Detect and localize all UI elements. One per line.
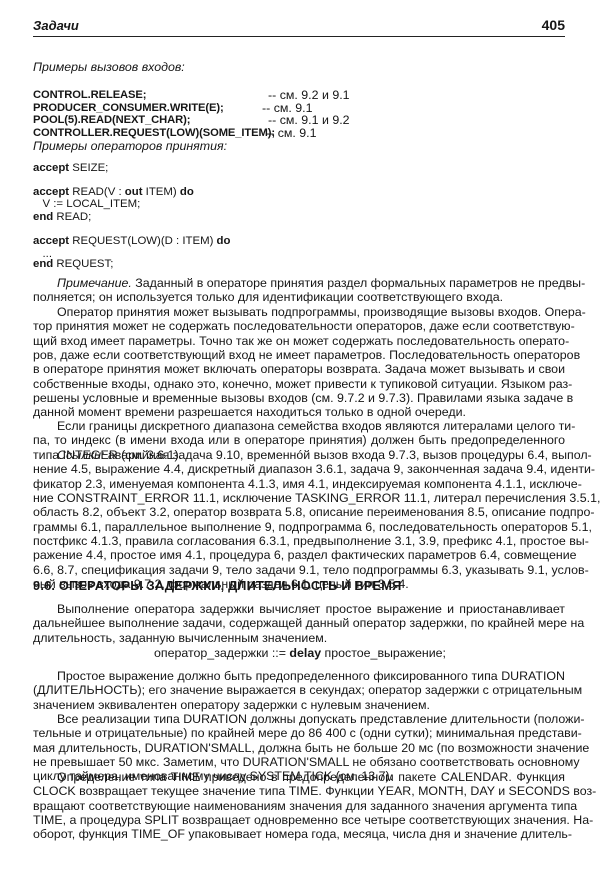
header-rule — [33, 36, 565, 37]
text-line: ние CONSTRAINT_ERROR 11.1, исключение TA… — [33, 491, 565, 505]
text-line: Определение типа TIME приведено в предоп… — [57, 770, 565, 784]
code-line: accept READ(V : out ITEM) do — [33, 186, 194, 199]
text-line: фикатор 2.3, именуемая компонента 4.1.3,… — [33, 477, 565, 491]
text-line: Все реализации типа DURATION должны допу… — [57, 712, 565, 726]
text-line: 6.6, 8.7, спецификация задачи 9, тело за… — [33, 563, 565, 577]
text-line: Если границы дискретного диапазона семей… — [57, 419, 565, 433]
text-line: тор принятия может не содержать последов… — [33, 319, 565, 333]
code-line: accept SEIZE; — [33, 162, 108, 175]
text-line: мая длительность, DURATION'SMALL, должна… — [33, 741, 565, 755]
keyword: end — [33, 258, 53, 270]
text-line: тельные и отрицательные) по крайней мере… — [33, 726, 565, 740]
code-comment: -- см. 9.2 и 9.1 — [268, 89, 350, 102]
text-line: ров, даже если соответствующий вход не и… — [33, 348, 565, 362]
running-header-title: Задачи — [33, 18, 79, 33]
text-line: вращают соответствующие наименованиям зн… — [33, 799, 565, 813]
code-line: end READ; — [33, 211, 91, 224]
references-label: Ссылки: — [57, 448, 104, 462]
syntax-keyword: delay — [289, 646, 321, 660]
accept-examples-caption: Примеры операторов принятия: — [33, 139, 227, 153]
code-line: CONTROL.RELEASE; — [33, 89, 146, 102]
text-line: полняется; он используется только для ид… — [33, 290, 565, 304]
text-line: дальнейшее выполнение задачи, содержащей… — [33, 616, 565, 630]
keyword: out — [125, 186, 143, 198]
text-line: CLOCK возвращает текущее значение типа T… — [33, 784, 565, 798]
keyword: do — [217, 235, 231, 247]
keyword: accept — [33, 162, 69, 174]
section-heading: 9.6. ОПЕРАТОРЫ ЗАДЕРЖКИ, ДЛИТЕЛЬНОСТЬ И … — [33, 578, 402, 593]
text-line: постфикс 4.1.3, правила согласования 6.3… — [33, 534, 565, 548]
text-line: Примечание. Заданный в операторе приняти… — [57, 276, 565, 290]
code-line: accept REQUEST(LOW)(D : ITEM) do — [33, 235, 230, 248]
code-line: end REQUEST; — [33, 258, 113, 271]
code-line: POOL(5).READ(NEXT_CHAR); — [33, 114, 190, 127]
code-line: PRODUCER_CONSUMER.WRITE(E); — [33, 102, 224, 115]
code-text: READ(V : — [69, 186, 125, 198]
text: аварийная задача 9.10, временнóй вызов в… — [104, 448, 591, 462]
text-line: нение 4.5, выражение 4.4, дискретный диа… — [33, 462, 565, 476]
code-text: SEIZE; — [69, 162, 108, 174]
text-line: не превышает 50 мкс. Заметим, что DURATI… — [33, 755, 565, 769]
keyword: end — [33, 211, 53, 223]
text-line: данной момент времени разрешается находи… — [33, 405, 565, 419]
keyword: accept — [33, 235, 69, 247]
code-text: READ; — [53, 211, 91, 223]
text-line: значением эквивалентен оператору задержк… — [33, 698, 565, 712]
text-line: Ссылки: аварийная задача 9.10, временнóй… — [57, 448, 565, 462]
entry-calls-caption: Примеры вызовов входов: — [33, 60, 185, 74]
code-line: V := LOCAL_ITEM; — [33, 198, 140, 211]
text-line: ражение 4.4, простое имя 4.1, процедура … — [33, 548, 565, 562]
text-line: решены условные и временные вызовы входо… — [33, 391, 565, 405]
syntax-lhs: оператор_задержки ::= — [154, 646, 289, 660]
code-text: V := LOCAL_ITEM; — [33, 198, 140, 210]
code-comment: -- см. 9.1 — [266, 127, 317, 140]
keyword: accept — [33, 186, 69, 198]
text-line: в операторе принятия может включать опер… — [33, 362, 565, 376]
syntax-rule: оператор_задержки ::= delay простое_выра… — [0, 646, 600, 660]
text-line: TIME, а процедура SPLIT возвращает однов… — [33, 813, 565, 827]
text-line: длительность, заданную вычисленным значе… — [33, 631, 565, 645]
text-line: (ДЛИТЕЛЬНОСТЬ); его значение выражается … — [33, 683, 565, 697]
code-text: ITEM) — [143, 186, 180, 198]
book-page: Задачи 405 Примеры вызовов входов: CONTR… — [0, 0, 600, 886]
text-line: Выполнение оператора задержки вычисляет … — [57, 602, 565, 616]
code-text: REQUEST; — [53, 258, 113, 270]
text: Заданный в операторе принятия раздел фор… — [132, 276, 585, 290]
text-line: собственные входы, однако это, конечно, … — [33, 377, 565, 391]
text-line: область 8.2, объект 3.2, оператор возвра… — [33, 505, 565, 519]
text-line: Простое выражение должно быть предопреде… — [57, 669, 565, 683]
text-line: щий вход имеет параметры. Точно так же о… — [33, 334, 565, 348]
text-line: па, то индекс (в имени входа или в опера… — [33, 433, 565, 447]
code-text: REQUEST(LOW)(D : ITEM) — [69, 235, 216, 247]
syntax-rhs: простое_выражение; — [321, 646, 446, 660]
text-line: граммы 6.1, параллельное выполнение 9, п… — [33, 520, 565, 534]
page-number: 405 — [542, 17, 565, 33]
code-line: CONTROLLER.REQUEST(LOW)(SOME_ITEM); — [33, 127, 275, 140]
note-label: Примечание. — [57, 276, 132, 290]
code-comment: -- см. 9.1 и 9.2 — [268, 114, 350, 127]
text-line: оборот, функция TIME_OF упаковывает номе… — [33, 827, 565, 841]
text-line: Оператор принятия может вызывать подпрог… — [57, 305, 565, 319]
keyword: do — [180, 186, 194, 198]
